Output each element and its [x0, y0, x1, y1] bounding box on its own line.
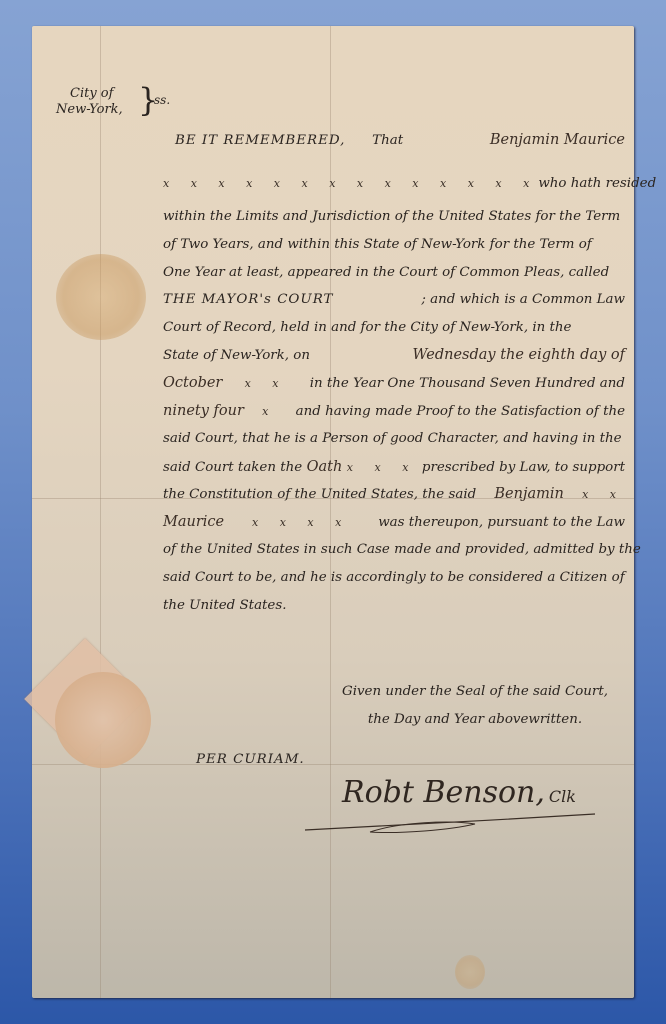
closing-line-1: Given under the Seal of the said Court, — [340, 684, 610, 699]
text-line: the Constitution of the United States, t… — [163, 486, 625, 506]
oath-handwritten: Oath — [307, 459, 343, 475]
applicant-name: Benjamin Maurice — [490, 132, 625, 148]
text-line: ninety four x and having made Proof to t… — [163, 403, 625, 423]
text-line: THE MAYOR's COURT ; and which is a Commo… — [163, 292, 625, 312]
year-handwritten: ninety four — [163, 403, 244, 419]
closing-line-2: the Day and Year abovewritten. — [340, 712, 610, 727]
applicant-first-name: Benjamin — [494, 486, 563, 502]
clerk-signature: Robt Benson,Clk — [342, 775, 576, 810]
text-line: BE IT REMEMBERED, That Benjamin Maurice — [175, 132, 625, 152]
document-paper — [32, 26, 634, 998]
per-curiam: PER CURIAM. — [196, 752, 305, 767]
text-line: October x x in the Year One Thousand Sev… — [163, 375, 625, 395]
that-word: That — [372, 133, 403, 148]
month-handwritten: October — [163, 375, 222, 391]
date-handwritten: Wednesday the eighth day of — [413, 347, 625, 363]
text-line: Maurice x x x x was thereupon, pursuant … — [163, 514, 625, 534]
text-line: Court of Record, held in and for the Cit… — [163, 320, 625, 340]
caption-ss: ss. — [154, 92, 170, 108]
signature-name: Robt Benson, — [342, 775, 545, 810]
text-line: said Court to be, and he is accordingly … — [163, 570, 625, 590]
court-seal — [55, 672, 151, 768]
fold-line — [100, 26, 101, 998]
text-line: One Year at least, appeared in the Court… — [163, 265, 625, 285]
signature-flourish — [300, 808, 600, 838]
venue-caption: City of New-York, } ss. — [56, 86, 166, 118]
mayors-court: THE MAYOR's COURT — [163, 292, 333, 307]
foxing-stain — [455, 955, 485, 989]
filler-marks: x x x x x x x x x x x x x x — [163, 177, 538, 190]
text-line: of Two Years, and within this State of N… — [163, 237, 625, 257]
be-it-remembered: BE IT REMEMBERED, — [175, 133, 345, 148]
text-line: State of New-York, on Wednesday the eigh… — [163, 347, 625, 367]
text-fragment: who hath resided — [538, 176, 656, 191]
text-line: the United States. — [163, 598, 625, 618]
fold-line — [330, 26, 331, 998]
fold-line — [32, 764, 634, 765]
text-line: said Court, that he is a Person of good … — [163, 431, 625, 451]
text-line: x x x x x x x x x x x x x x who hath res… — [163, 176, 625, 196]
water-stain — [56, 254, 146, 340]
text-line: within the Limits and Jurisdiction of th… — [163, 209, 625, 229]
signature-title: Clk — [549, 787, 576, 806]
text-line: said Court taken the Oath x x x prescrib… — [163, 459, 625, 479]
applicant-surname: Maurice — [163, 514, 224, 530]
text-line: of the United States in such Case made a… — [163, 542, 625, 562]
